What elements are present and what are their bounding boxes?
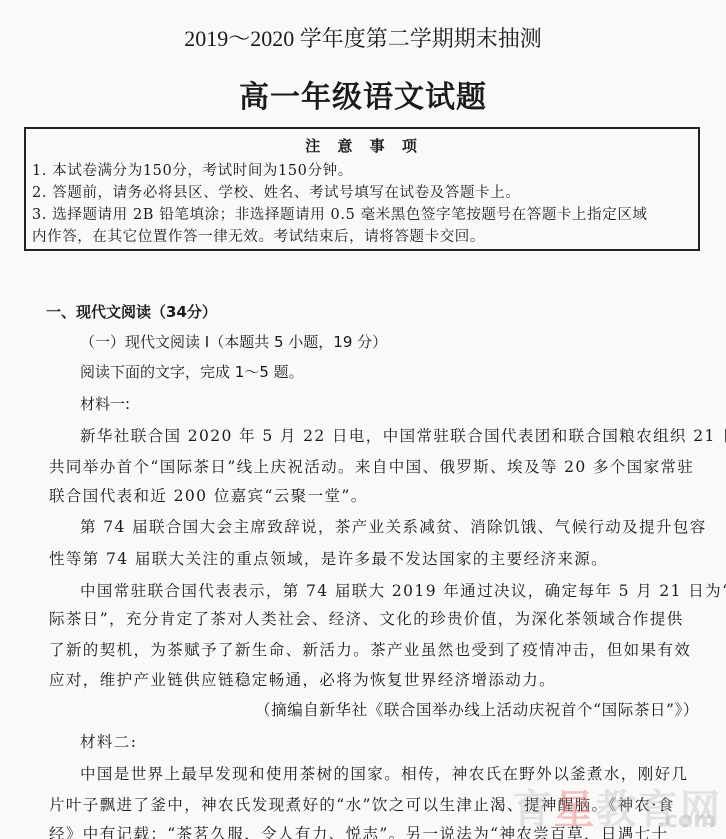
material1-label: 材料一: bbox=[80, 393, 130, 414]
material1-line: 新华社联合国 2020 年 5 月 22 日电，中国常驻联合国代表团和联合国粮农… bbox=[80, 424, 726, 446]
material1-line: 了新的契机，为茶赋予了新生命、新活力。茶产业虽然也受到了疫情冲击，但如果有效 bbox=[49, 638, 691, 660]
material1-line: 际茶日”，充分肯定了茶对人类社会、经济、文化的珍贵价值，为深化茶领域合作提供 bbox=[49, 607, 684, 629]
notice-box: 注 意 事 项 1. 本试卷满分为150分，考试时间为150分钟。 2. 答题前… bbox=[24, 127, 700, 251]
notice-item-3: 3. 选择题请用 2B 铅笔填涂；非选择题请用 0.5 毫米黑色签字笔按题号在答… bbox=[32, 203, 648, 224]
material1-line: 中国常驻联合国代表表示，第 74 届联大 2019 年通过决议，确定每年 5 月… bbox=[80, 579, 726, 601]
section-heading: 一、现代文阅读（34分） bbox=[46, 301, 217, 322]
material1-line: 共同举办首个“国际茶日”线上庆祝活动。来自中国、俄罗斯、埃及等 20 多个国家常… bbox=[49, 455, 694, 477]
watermark-text: 育 bbox=[512, 787, 554, 833]
paper-title: 高一年级语文试题 bbox=[0, 72, 726, 116]
notice-item-1: 1. 本试卷满分为150分，考试时间为150分钟。 bbox=[32, 159, 353, 180]
exam-title: 2019～2020 学年度第二学期期末抽测 bbox=[0, 22, 726, 53]
notice-item-3-cont: 内作答，在其它位置作答一律无效。考试结束后，请将答题卡交回。 bbox=[32, 225, 485, 246]
notice-item-2: 2. 答题前，请务必将县区、学校、姓名、考试号填写在试卷及答题卡上。 bbox=[32, 181, 520, 202]
reading-instruction: 阅读下面的文字，完成 1～5 题。 bbox=[80, 361, 304, 382]
notice-title: 注 意 事 项 bbox=[26, 135, 702, 156]
material1-line: 联合国代表和近 200 位嘉宾“云聚一堂”。 bbox=[49, 484, 368, 506]
watermark-accent: 星 bbox=[554, 787, 596, 833]
watermark-url: .com bbox=[657, 808, 716, 833]
material1-citation: （摘编自新华社《联合国举办线上活动庆祝首个“国际茶日”》） bbox=[255, 698, 699, 720]
material2-label: 材料二: bbox=[80, 730, 137, 752]
section-subheading: （一）现代文阅读 I（本题共 5 小题，19 分） bbox=[80, 331, 387, 352]
material1-line: 性等第 74 届联大关注的重点领域，是许多最不发达国家的主要经济来源。 bbox=[49, 547, 608, 569]
material1-line: 第 74 届联合国大会主席致辞说，茶产业关系减贫、消除饥饿、气候行动及提升包容 bbox=[80, 515, 707, 537]
material1-line: 应对，维护产业链供应链稳定畅通，必将为恢复世界经济增添动力。 bbox=[49, 668, 556, 690]
